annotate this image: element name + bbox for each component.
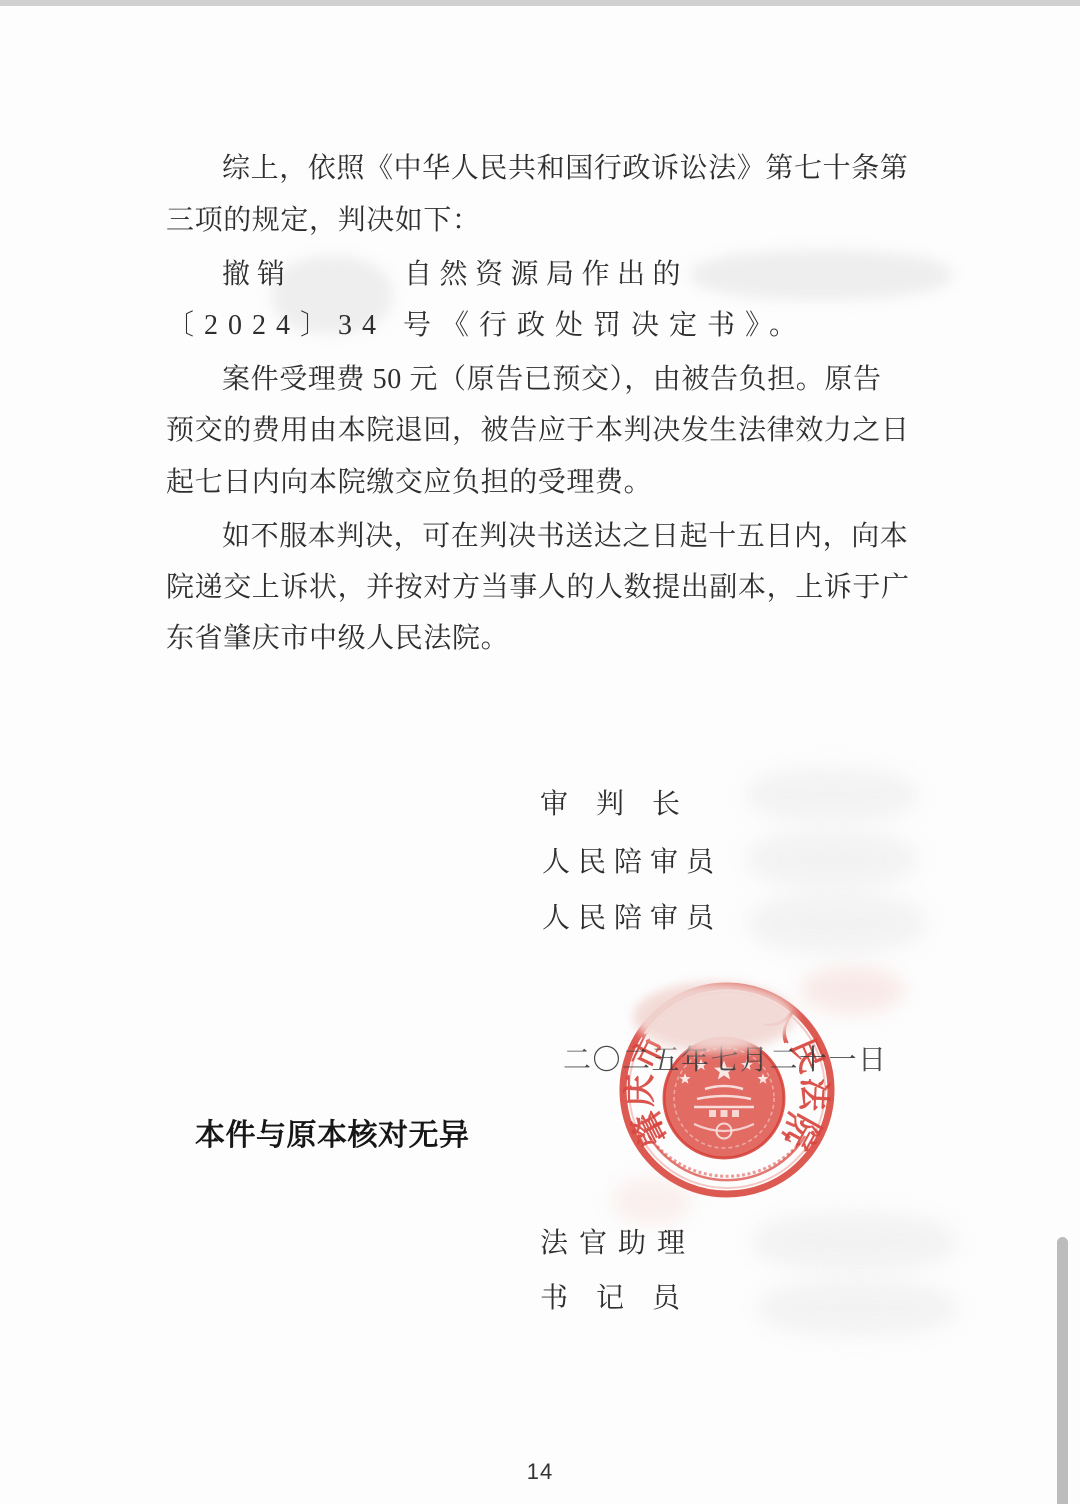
body-line: 〔2024〕34 号《行政处罚决定书》。 [166, 309, 807, 343]
scrollbar-thumb[interactable] [1057, 1237, 1068, 1504]
redacted-name-blur [746, 830, 918, 888]
assessor-label: 人民陪审员 [542, 846, 722, 880]
body-line: 起七日内向本院缴交应负担的受理费。 [166, 466, 652, 500]
body-line: 东省肇庆市中级人民法院。 [166, 622, 509, 656]
body-line: 三项的规定，判决如下： [166, 204, 481, 238]
verification-note: 本件与原本核对无异 [195, 1110, 470, 1154]
presiding-judge-label: 审 判 长 [540, 788, 680, 822]
redacted-name-blur [746, 768, 918, 822]
body-line: 撤销 [222, 258, 292, 292]
redacted-name-blur [752, 1212, 957, 1272]
redaction-blur [690, 250, 952, 300]
redacted-name-blur [748, 892, 926, 954]
body-line: 案件受理费 50 元（原告已预交），由被告负担。原告 [222, 363, 882, 397]
body-line: 预交的费用由本院退回，被告应于本判决发生法律效力之日 [166, 414, 910, 448]
judge-assistant-label: 法官助理 [540, 1227, 696, 1261]
clerk-label: 书 记 员 [540, 1282, 680, 1316]
viewer-top-bar [0, 0, 1080, 6]
redacted-name-blur [758, 1280, 958, 1336]
assessor-label: 人民陪审员 [542, 902, 722, 936]
body-line: 如不服本判决，可在判决书送达之日起十五日内，向本 [222, 520, 908, 554]
body-line: 自然资源局作出的 [404, 258, 688, 292]
page-number: 14 [0, 1459, 1080, 1485]
seal-redaction-blur [633, 982, 795, 1052]
body-line: 综上，依照《中华人民共和国行政诉讼法》第七十条第 [222, 152, 908, 186]
body-line: 院递交上诉状，并按对方当事人的人数提出副本，上诉于广 [166, 571, 910, 605]
